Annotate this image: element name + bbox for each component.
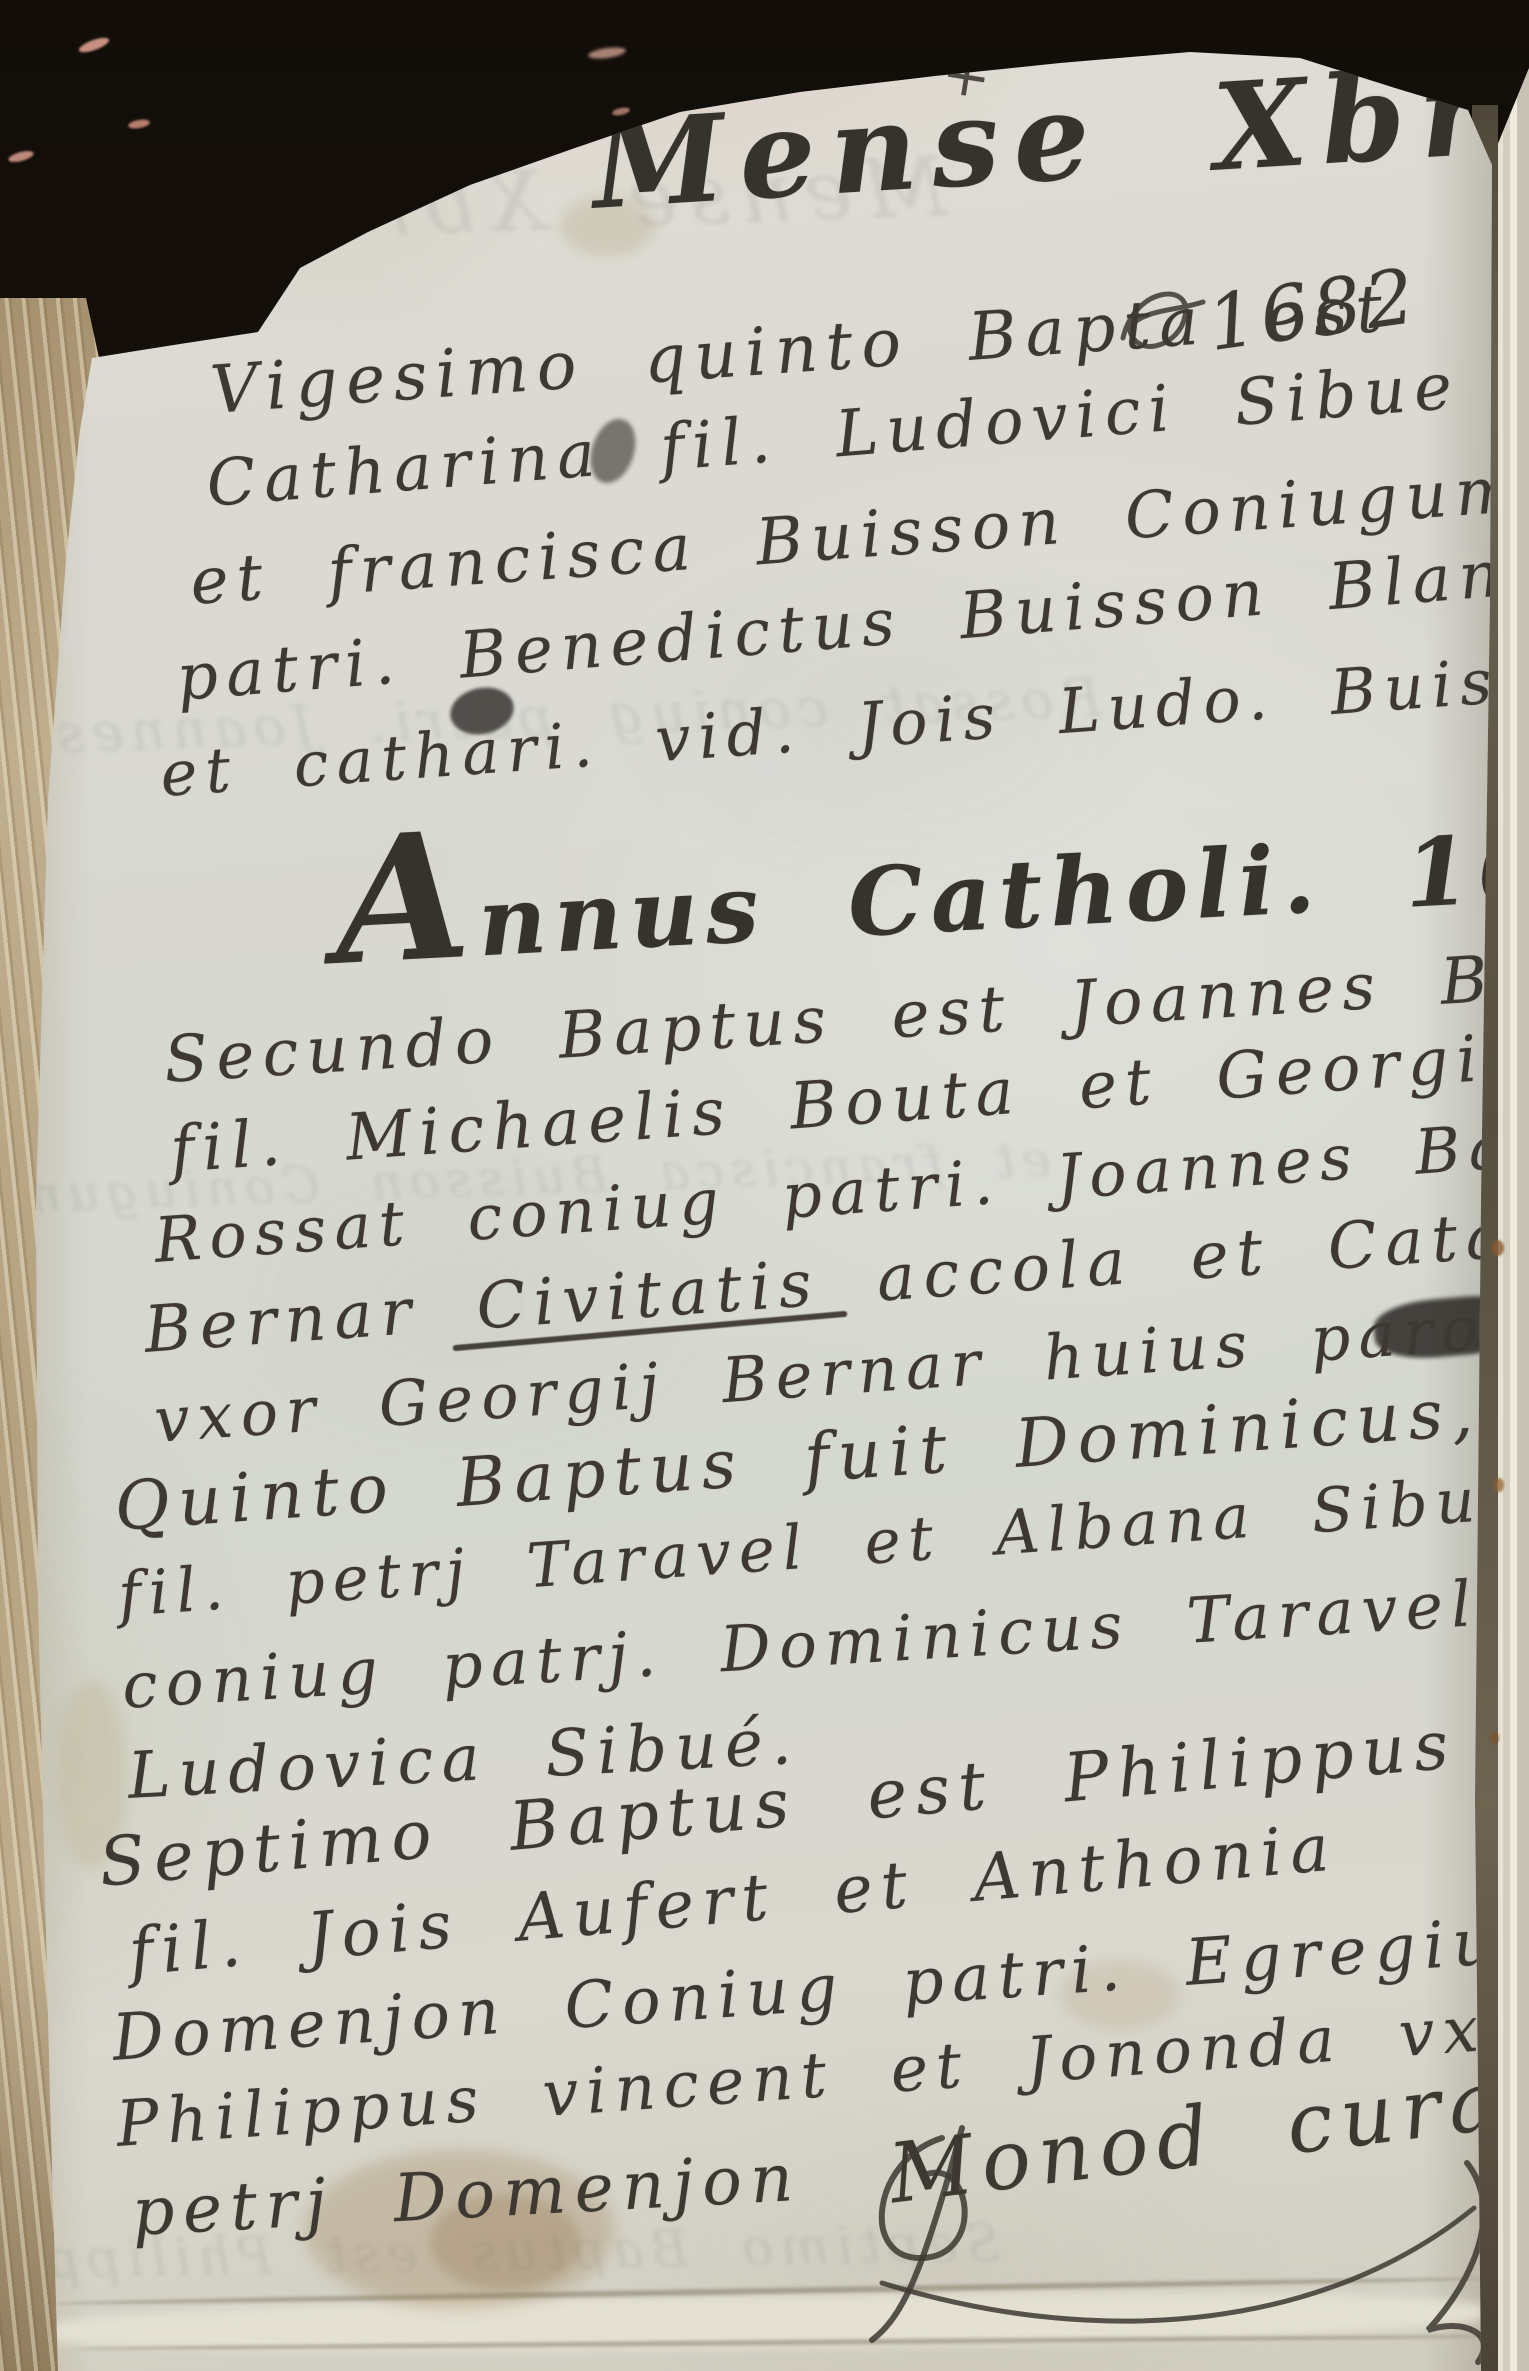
rust-spot xyxy=(1494,1478,1504,1492)
scan-speck xyxy=(611,106,630,117)
scan-speck xyxy=(77,35,110,55)
signature-flourish xyxy=(812,2068,1529,2368)
manuscript-scan: Mense Xbri Rossat coniug patri. Joannes … xyxy=(0,0,1529,2371)
manuscript-page: Mense Xbri Rossat coniug patri. Joannes … xyxy=(0,0,1529,2371)
scan-speck xyxy=(7,149,34,164)
rust-spot xyxy=(1492,1240,1504,1256)
scan-speck xyxy=(587,45,626,60)
heading-month: Mense Xbri xyxy=(588,37,1529,237)
rust-spot xyxy=(1490,1732,1499,1744)
year-flourish xyxy=(1105,268,1215,368)
scan-speck xyxy=(127,118,150,130)
